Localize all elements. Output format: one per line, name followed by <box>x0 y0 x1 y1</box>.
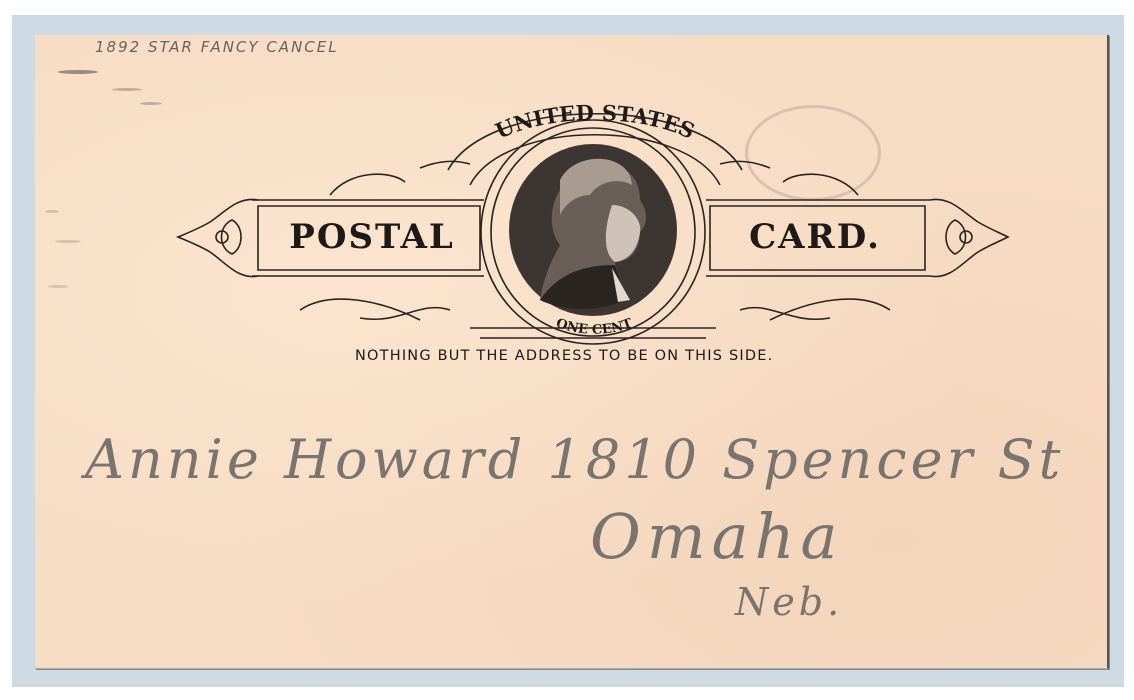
address-line-1: Annie Howard 1810 Spencer St <box>85 428 1064 491</box>
instruction-line: NOTHING BUT THE ADDRESS TO BE ON THIS SI… <box>355 348 773 364</box>
arch-text: UNITED STATES <box>492 100 699 144</box>
postal-label: POSTAL <box>289 217 454 257</box>
denomination-text: ONE CENT <box>554 316 635 338</box>
address-line-2: Omaha <box>590 500 843 573</box>
card-label: CARD. <box>749 217 881 257</box>
address-line-3: Neb. <box>735 580 843 624</box>
